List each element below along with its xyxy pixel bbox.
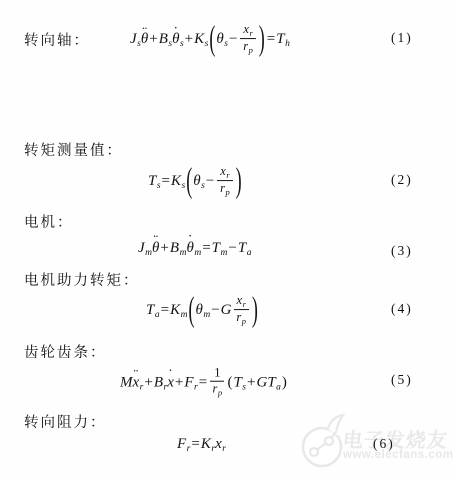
equation: Jsθ¨+Bsθ˙s+Ks(θs−xrrp)=Th bbox=[130, 24, 290, 56]
equation: Fr=Krxr bbox=[177, 436, 226, 454]
section-label: 转矩测量值： bbox=[24, 139, 123, 160]
equation-number: (3) bbox=[391, 243, 413, 259]
document-page: 转向轴： Jsθ¨+Bsθ˙s+Ks(θs−xrrp)=Th (1) 转矩测量值… bbox=[0, 0, 454, 477]
equation-number: (6) bbox=[373, 436, 395, 452]
equation-number: (1) bbox=[391, 30, 413, 46]
equation: Ts=Ks(θs−xrrp) bbox=[148, 166, 243, 198]
section-label: 转向轴： bbox=[24, 29, 90, 50]
equation-number: (4) bbox=[391, 301, 413, 317]
equation-number: (2) bbox=[391, 172, 413, 188]
section-label: 电机： bbox=[24, 211, 74, 232]
watermark-url: www.elecfans.com bbox=[343, 449, 453, 461]
equation: Mx¨r+Brx˙+Fr=1rp(Ts+GTa) bbox=[120, 368, 288, 399]
section-label: 电机助力转矩： bbox=[24, 269, 140, 290]
equation-number: (5) bbox=[391, 372, 413, 388]
equation: Ta=Km(θm−Gxrrp) bbox=[146, 295, 259, 327]
section-label: 齿轮齿条： bbox=[24, 341, 107, 362]
section-label: 转向阻力： bbox=[24, 411, 107, 432]
equation: Jmθ¨+Bmθ˙m=Tm−Ta bbox=[138, 240, 251, 258]
